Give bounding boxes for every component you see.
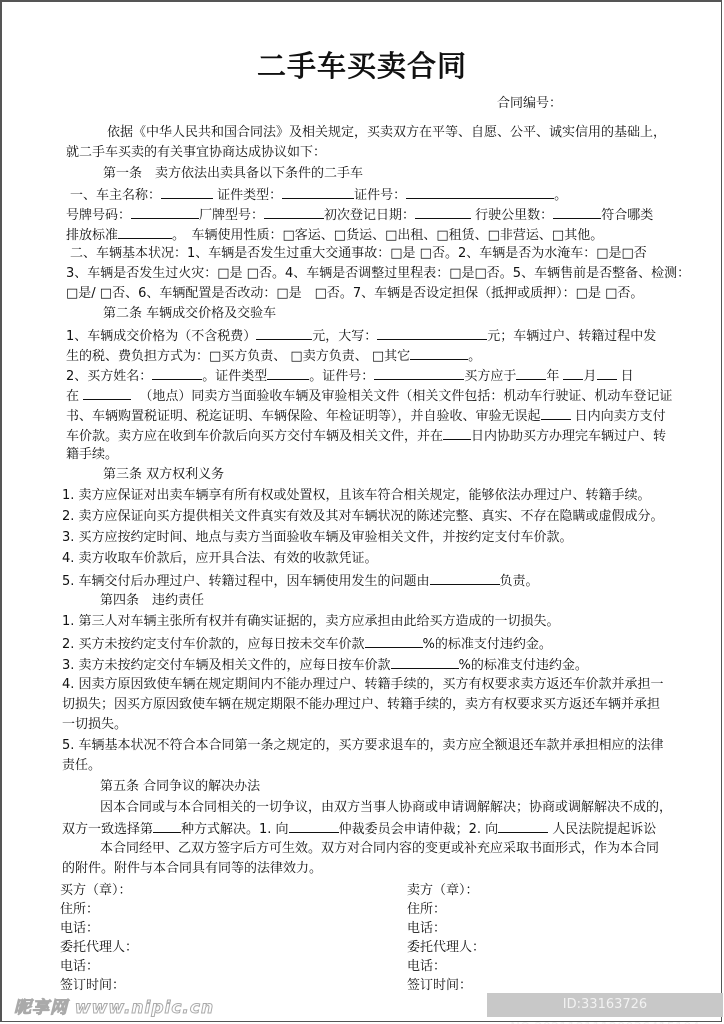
first-registration-field[interactable] bbox=[415, 206, 471, 219]
text: %的标准支付违约金。 bbox=[423, 637, 552, 652]
day-field[interactable] bbox=[597, 367, 617, 380]
seller-agent-label: 委托代理人： bbox=[407, 940, 485, 959]
article-4-item-3: 3. 卖方未按约定交付车辆及相关文件的，应每日按车价款%的标准支付违约金。 bbox=[62, 656, 588, 674]
text: 3. 卖方未按约定交付车辆及相关文件的，应每日按车价款 bbox=[62, 658, 391, 673]
buyer-address-label: 住所： bbox=[60, 902, 138, 921]
text: %的标准支付违约金。 bbox=[459, 658, 588, 673]
usage-type-options[interactable]: 。 车辆使用性质：□客运、□货运、□出租、□租赁、□非营运、□其他。 bbox=[172, 228, 603, 243]
document-title: 二手车买卖合同 bbox=[0, 44, 724, 85]
seller-address-label: 住所： bbox=[407, 902, 485, 921]
responsible-party-field[interactable] bbox=[430, 572, 500, 585]
seller-penalty-rate-field[interactable] bbox=[391, 656, 459, 669]
buyer-id-type-field[interactable] bbox=[267, 367, 309, 380]
text: 月 bbox=[583, 369, 596, 384]
text: 2. 买方未按约定支付车价款的，应每日按未交车价款 bbox=[62, 637, 365, 652]
text: 5. 车辆交付后办理过户、转籍过程中，因车辆使用发生的问题由 bbox=[62, 574, 430, 589]
text: 日内协助买方办理完车辆过户、转 bbox=[471, 429, 666, 444]
plate-number-label: 号牌号码： bbox=[66, 208, 131, 223]
text: 种方式解决。1. 向 bbox=[181, 822, 289, 837]
text: （地点）同卖方当面验收车辆及审验相关文件（相关文件包括：机动车行驶证、机动车登记… bbox=[139, 389, 672, 404]
month-field[interactable] bbox=[563, 367, 583, 380]
intro-line-2: 就二手车买卖的有关事宜协商达成协议如下： bbox=[66, 145, 326, 161]
seller-signature-block: 卖方（章）： 住所： 电话： 委托代理人： 电话： 签订时间： bbox=[407, 883, 485, 997]
buyer-agent-label: 委托代理人： bbox=[60, 940, 138, 959]
seller-sign-date-label: 签订时间： bbox=[407, 978, 485, 997]
plate-number-field[interactable] bbox=[131, 206, 199, 219]
buyer-id-type-label: 。证件类型 bbox=[202, 369, 267, 384]
seller-agent-phone-label: 电话： bbox=[407, 959, 485, 978]
article-2-line-1: 1、车辆成交价格为（不含税费）元，大写：元；车辆过户、转籍过程中发 bbox=[66, 327, 656, 345]
id-type-field[interactable] bbox=[282, 186, 354, 199]
mileage-label: 行驶公里数： bbox=[471, 208, 553, 223]
id-watermark: ID:33163726 NO:20211211120036415104 bbox=[487, 993, 723, 1017]
text: 车价款。卖方应在收到车价款后向买方交付车辆及相关文件，并在 bbox=[66, 429, 443, 444]
article-5-line-1: 因本合同或与本合同相关的一切争议，由双方当事人协商或申请调解解决；协商或调解解决… bbox=[100, 800, 672, 816]
brand-model-label: 厂牌型号： bbox=[199, 208, 264, 223]
article-3-item-2: 2. 卖方应保证向买方提供相关文件真实有效及其对车辆状况的陈述完整、真实、不存在… bbox=[62, 509, 664, 525]
emission-field[interactable] bbox=[118, 226, 172, 239]
price-field[interactable] bbox=[256, 327, 312, 340]
brand-model-field[interactable] bbox=[264, 206, 324, 219]
article-1-line-3: 排放标准。 车辆使用性质：□客运、□货运、□出租、□租赁、□非营运、□其他。 bbox=[66, 226, 603, 244]
text: 元；车辆过户、转籍过程中发 bbox=[487, 329, 656, 344]
text: 日内向卖方支付 bbox=[575, 409, 666, 424]
article-4-item-5-line-2: 责任。 bbox=[62, 758, 101, 774]
price-label: 1、车辆成交价格为（不含税费） bbox=[66, 329, 256, 344]
article-4-item-4-line-3: 一切损失。 bbox=[62, 717, 127, 733]
id-type-label: 证件类型： bbox=[213, 188, 282, 203]
vehicle-condition-line-1[interactable]: 二、车辆基本状况：1、车辆是否发生过重大交通事故：□是 □否。2、车辆是否为水淹… bbox=[70, 246, 647, 262]
buyer-seal-label: 买方（章）： bbox=[60, 883, 138, 902]
article-5-line-2: 双方一致选择第种方式解决。1. 向仲裁委员会申请仲裁；2. 向 人民法院提起诉讼 bbox=[62, 820, 656, 838]
buyer-signature-block: 买方（章）： 住所： 电话： 委托代理人： 电话： 签订时间： bbox=[60, 883, 138, 997]
vehicle-condition-line-2[interactable]: 3、车辆是否发生过火灾：□是 □否。4、车辆是否调整过里程表：□是□否。5、车辆… bbox=[66, 266, 690, 282]
buyer-name-field[interactable] bbox=[152, 367, 202, 380]
article-3-item-1: 1. 卖方应保证对出卖车辆享有所有权或处置权，且该车符合相关规定，能够依法办理过… bbox=[62, 488, 651, 504]
intro-line-1: 依据《中华人民共和国合同法》及相关规定，买卖双方在平等、自愿、公平、诚实信用的基… bbox=[107, 125, 666, 141]
transfer-days-field[interactable] bbox=[443, 427, 471, 440]
buyer-name-label: 2、买方姓名： bbox=[66, 369, 152, 384]
payment-days-field[interactable] bbox=[541, 407, 571, 420]
article-2-line-6: 车价款。卖方应在收到车价款后向买方交付车辆及相关文件，并在日内协助买方办理完车辆… bbox=[66, 427, 666, 445]
article-2-line-3: 2、买方姓名：。证件类型。证件号：买方应于年 月 日 bbox=[66, 367, 634, 385]
article-4-item-4-line-1: 4. 因卖方原因致使车辆在规定期间内不能办理过户、转籍手续的，买方有权要求卖方返… bbox=[62, 677, 664, 693]
period: 。 bbox=[554, 188, 567, 203]
article-1-heading: 第一条 卖方依法出卖具备以下条件的二手车 bbox=[103, 166, 363, 182]
article-4-item-1: 1. 第三人对车辆主张所有权并有确实证据的，卖方应承担由此给买方造成的一切损失。 bbox=[62, 614, 560, 630]
emission-standard-label: 符合哪类 bbox=[601, 208, 653, 223]
price-words-label: 元，大写： bbox=[312, 329, 377, 344]
text: 日 bbox=[621, 369, 634, 384]
contract-number-label: 合同编号： bbox=[497, 92, 562, 111]
resolution-method-field[interactable] bbox=[153, 820, 181, 833]
article-2-line-7: 籍手续。 bbox=[66, 447, 118, 463]
seller-phone-label: 电话： bbox=[407, 921, 485, 940]
text: 负责。 bbox=[500, 574, 539, 589]
article-2-line-4: 在 （地点）同卖方当面验收车辆及审验相关文件（相关文件包括：机动车行驶证、机动车… bbox=[66, 387, 672, 405]
text: 书、车辆购置税证明、税迄证明、车辆保险、年检证明等），并自验收、审验无误起 bbox=[66, 409, 541, 424]
owner-name-field[interactable] bbox=[161, 186, 213, 199]
id-number-field[interactable] bbox=[406, 186, 554, 199]
article-1-line-2: 号牌号码：厂牌型号：初次登记日期： 行驶公里数：符合哪类 bbox=[66, 206, 653, 224]
article-2-line-5: 书、车辆购置税证明、税迄证明、车辆保险、年检证明等），并自验收、审验无误起 日内… bbox=[66, 407, 666, 425]
price-words-field[interactable] bbox=[377, 327, 487, 340]
tax-bearer-options[interactable]: 生的税、费负担方式为：□买方负责、 □卖方负责、 □其它 bbox=[66, 349, 410, 364]
text: 人民法院提起诉讼 bbox=[552, 822, 656, 837]
buyer-phone-label: 电话： bbox=[60, 921, 138, 940]
article-5-line-4: 的附件。附件与本合同具有同等的法律效力。 bbox=[62, 861, 322, 877]
buyer-id-number-label: 。证件号： bbox=[309, 369, 374, 384]
article-4-item-4-line-2: 切损失；因买方原因致使车辆在规定期限不能办理过户、转籍手续的，卖方有权要求买方返… bbox=[62, 697, 660, 713]
article-4-item-5-line-1: 5. 车辆基本状况不符合本合同第一条之规定的，买方要求退车的，卖方应全额退还车款… bbox=[62, 738, 664, 754]
owner-name-label: 一、车主名称： bbox=[70, 188, 161, 203]
arbitration-committee-field[interactable] bbox=[289, 820, 339, 833]
seller-seal-label: 卖方（章）： bbox=[407, 883, 485, 902]
mileage-field[interactable] bbox=[553, 206, 601, 219]
vehicle-condition-line-3[interactable]: □是/ □否、6、车辆配置是否改动：□是 □否。7、车辆是否设定担保（抵押或质押… bbox=[66, 286, 643, 302]
court-field[interactable] bbox=[498, 820, 548, 833]
article-3-item-4: 4. 卖方收取车价款后，应开具合法、有效的收款凭证。 bbox=[62, 551, 378, 567]
year-field[interactable] bbox=[516, 367, 546, 380]
article-2-heading: 第二条 车辆成交价格及交验车 bbox=[103, 306, 276, 322]
first-registration-label: 初次登记日期： bbox=[324, 208, 415, 223]
article-3-item-3: 3. 买方应按约定时间、地点与卖方当面验收车辆及审验相关文件，并按约定支付车价款… bbox=[62, 530, 573, 546]
period: 。 bbox=[468, 349, 481, 364]
buyer-penalty-rate-field[interactable] bbox=[365, 635, 423, 648]
article-5-heading: 第五条 合同争议的解决办法 bbox=[100, 779, 260, 795]
text: 在 bbox=[66, 389, 79, 404]
article-3-heading: 第三条 双方权利义务 bbox=[103, 467, 224, 483]
id-number-label: 证件号： bbox=[354, 188, 406, 203]
buyer-id-number-field[interactable] bbox=[374, 367, 464, 380]
article-4-heading: 第四条 违约责任 bbox=[100, 593, 204, 609]
article-2-line-2: 生的税、费负担方式为：□买方负责、 □卖方负责、 □其它。 bbox=[66, 347, 481, 365]
tax-other-field[interactable] bbox=[410, 347, 468, 360]
article-4-item-2: 2. 买方未按约定支付车价款的，应每日按未交车价款%的标准支付违约金。 bbox=[62, 635, 552, 653]
text: 买方应于 bbox=[464, 369, 516, 384]
location-field[interactable] bbox=[83, 387, 131, 400]
article-3-item-5: 5. 车辆交付后办理过户、转籍过程中，因车辆使用发生的问题由负责。 bbox=[62, 572, 539, 590]
article-5-line-3: 本合同经甲、乙双方签字后方可生效。双方对合同内容的变更或补充应采取书面形式，作为… bbox=[100, 841, 659, 857]
text: 双方一致选择第 bbox=[62, 822, 153, 837]
emission-label: 排放标准 bbox=[66, 228, 118, 243]
text: 仲裁委员会申请仲裁；2. 向 bbox=[339, 822, 499, 837]
text: 年 bbox=[546, 369, 559, 384]
site-watermark: 昵享网 www.nipic.cn bbox=[14, 993, 214, 1018]
buyer-agent-phone-label: 电话： bbox=[60, 959, 138, 978]
article-1-line-1: 一、车主名称： 证件类型：证件号：。 bbox=[70, 186, 567, 204]
